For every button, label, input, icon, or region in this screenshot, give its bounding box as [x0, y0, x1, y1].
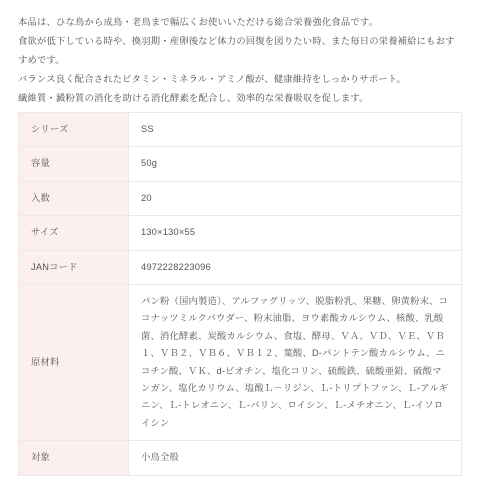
- spec-label-size: サイズ: [19, 216, 129, 250]
- spec-row-jan-code: JANコード 4972228223096: [19, 250, 462, 284]
- description-line: 本品は、ひな鳥から成鳥・老鳥まで幅広くお使いいただける総合栄養強化食品です。: [18, 13, 462, 32]
- spec-label-target: 対象: [19, 441, 129, 475]
- spec-label-quantity: 入数: [19, 181, 129, 215]
- spec-value-size: 130×130×55: [129, 216, 462, 250]
- spec-row-quantity: 入数 20: [19, 181, 462, 215]
- spec-row-series: シリーズ SS: [19, 113, 462, 147]
- spec-label-ingredients: 原材料: [19, 285, 129, 441]
- description-line: 繊維質・澱粉質の消化を助ける消化酵素を配合し、効率的な栄養吸収を促します。: [18, 89, 462, 108]
- spec-label-jan-code: JANコード: [19, 250, 129, 284]
- spec-value-quantity: 20: [129, 181, 462, 215]
- description-line: 食欲が低下している時や、換羽期・産卵後など体力の回復を図りたい時、また毎日の栄養…: [18, 32, 462, 70]
- spec-row-target: 対象 小鳥全般: [19, 441, 462, 475]
- spec-label-series: シリーズ: [19, 113, 129, 147]
- spec-value-ingredients: パン粉（国内製造）、アルファグリッツ、脱脂粉乳、果糖、卵黄粉末、ココナッツミルク…: [129, 285, 462, 441]
- spec-row-capacity: 容量 50g: [19, 147, 462, 181]
- spec-label-capacity: 容量: [19, 147, 129, 181]
- product-spec-table: シリーズ SS 容量 50g 入数 20 サイズ 130×130×55 JANコ…: [18, 112, 462, 476]
- description-line: バランス良く配合されたビタミン・ミネラル・アミノ酸が、健康維持をしっかりサポート…: [18, 70, 462, 89]
- product-detail-page: 本品は、ひな鳥から成鳥・老鳥まで幅広くお使いいただける総合栄養強化食品です。 食…: [0, 0, 480, 476]
- spec-value-target: 小鳥全般: [129, 441, 462, 475]
- spec-value-jan-code: 4972228223096: [129, 250, 462, 284]
- spec-row-size: サイズ 130×130×55: [19, 216, 462, 250]
- spec-row-ingredients: 原材料 パン粉（国内製造）、アルファグリッツ、脱脂粉乳、果糖、卵黄粉末、ココナッ…: [19, 285, 462, 441]
- spec-value-series: SS: [129, 113, 462, 147]
- spec-value-capacity: 50g: [129, 147, 462, 181]
- product-description: 本品は、ひな鳥から成鳥・老鳥まで幅広くお使いいただける総合栄養強化食品です。 食…: [18, 13, 462, 108]
